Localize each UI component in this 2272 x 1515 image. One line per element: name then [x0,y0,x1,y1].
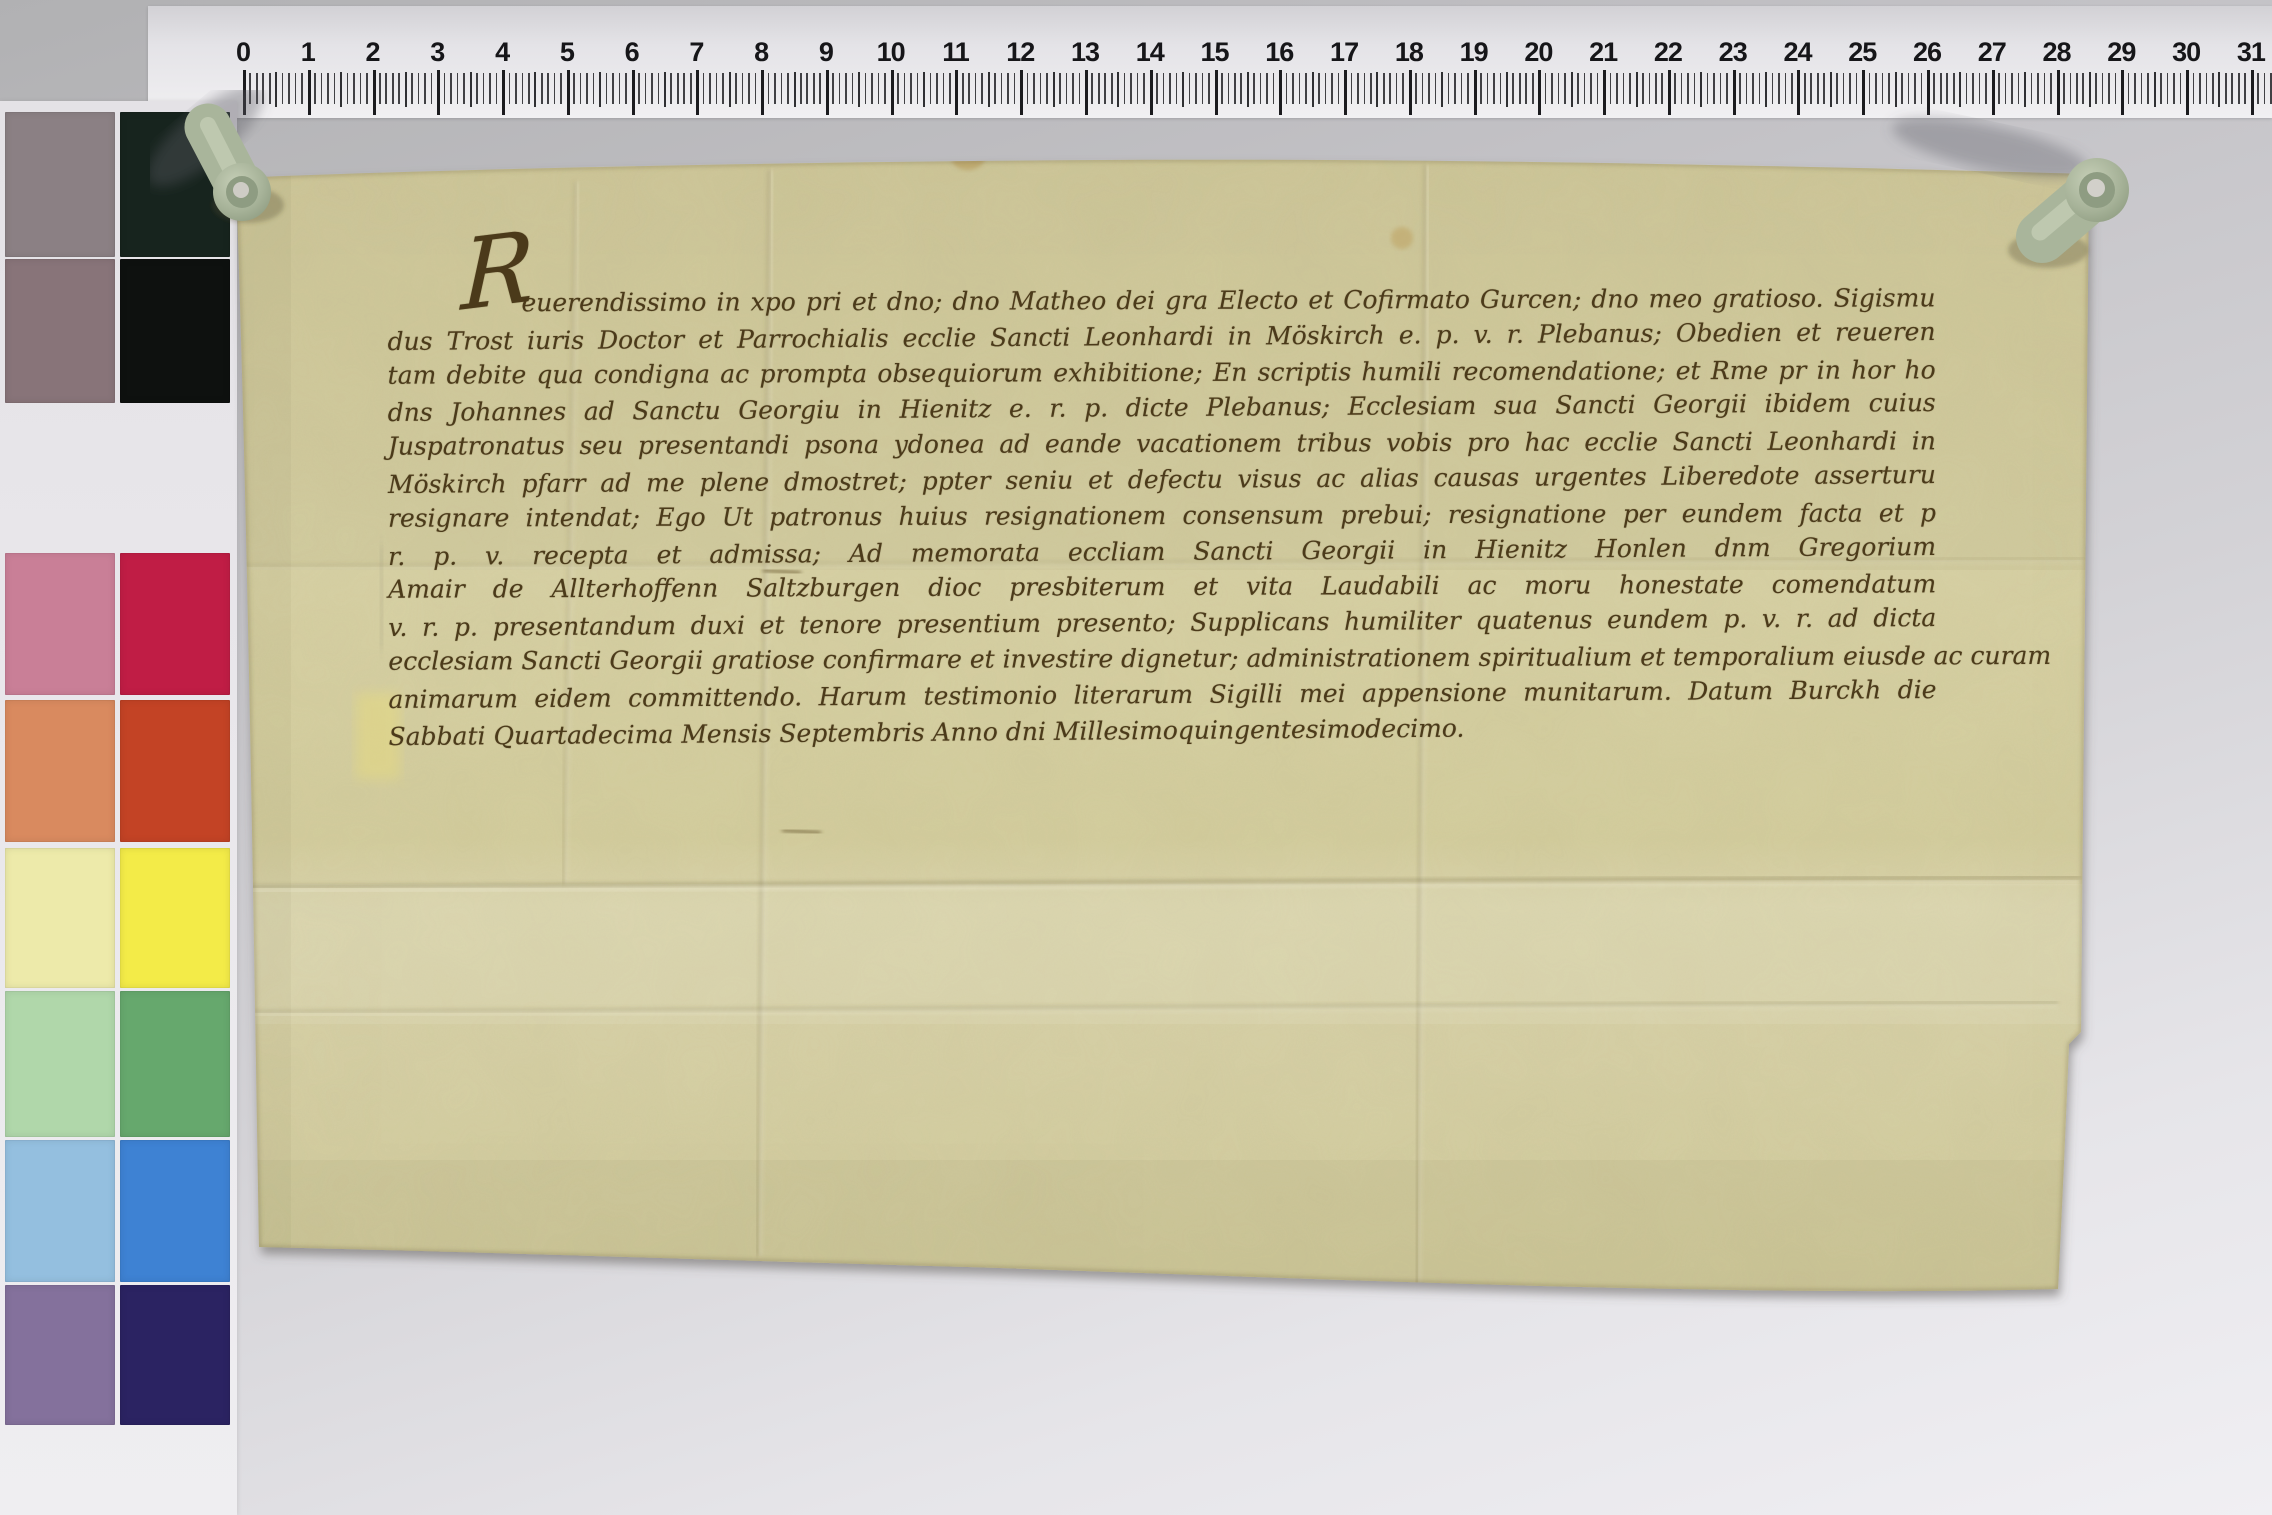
color-swatch [5,991,115,1137]
ruler-number: 14 [1136,37,1164,68]
stain-spot [1391,227,1413,249]
ruler-tick [2160,73,2162,104]
color-swatch [5,848,115,988]
ruler-tick [2218,72,2220,107]
ruler-number: 28 [2043,37,2071,68]
ruler-number: 3 [430,37,444,68]
ruler-tick [2186,70,2189,115]
ruler-number: 0 [236,37,250,68]
ruler-number: 15 [1201,37,1229,68]
ruler-number: 4 [495,37,509,68]
ruler-number: 19 [1460,37,1488,68]
color-swatch [5,112,115,257]
color-swatch [5,259,115,403]
photo-of-charter: 0123456789101112131415161718192021222324… [0,0,2272,1515]
ruler-number: 10 [877,37,905,68]
ruler-number: 11 [942,37,969,68]
scroll-weight-left [150,90,284,223]
ruler-number: 12 [1006,37,1034,68]
ruler-number: 31 [2237,37,2265,68]
ruler-tick [2251,70,2254,115]
color-swatch [5,1140,115,1282]
ruler-number: 25 [1848,37,1876,68]
ruler-number: 18 [1395,37,1423,68]
manuscript-text: R euerendissimo in xpo pri et dno; dno M… [387,281,1936,750]
ruler-tick [2212,73,2214,104]
ruler-number: 6 [625,37,639,68]
ruler-tick [2231,73,2233,104]
ruler-number: 2 [366,37,380,68]
ruler-number: 24 [1783,37,1811,68]
ruler-number: 30 [2172,37,2200,68]
ruler-tick [2167,73,2169,104]
ruler-tick [2238,73,2240,104]
ruler-number: 27 [1978,37,2006,68]
ruler-tick [2264,73,2266,104]
ruler-tick [2206,73,2208,104]
ruler-number: 1 [301,37,315,68]
ruler-number: 20 [1524,37,1552,68]
ruler-number: 26 [1913,37,1941,68]
ruler-number: 17 [1330,37,1358,68]
color-swatch [5,700,115,842]
ruler-number: 8 [754,37,768,68]
ruler-tick [2257,73,2259,104]
ruler-number: 16 [1265,37,1293,68]
ruler-tick [2180,73,2182,104]
ruler-number: 21 [1589,37,1617,68]
ruler-tick [2225,73,2227,104]
stain-spot [951,144,985,170]
ruler-tick [2154,72,2156,107]
ruler-tick [2173,73,2175,104]
ruler-tick [2244,73,2246,104]
ruler-number: 22 [1654,37,1682,68]
ruler-number: 7 [689,37,703,68]
ruler-number: 9 [819,37,833,68]
ruler-number: 5 [560,37,574,68]
color-swatch [5,553,115,695]
show-through-smudge [380,545,383,650]
ruler-tick [2199,73,2201,104]
ruler-number: 23 [1719,37,1747,68]
ruler-number: 13 [1071,37,1099,68]
ruler-number: 29 [2107,37,2135,68]
ruler-tick [2193,73,2195,104]
color-swatch [5,1285,115,1425]
